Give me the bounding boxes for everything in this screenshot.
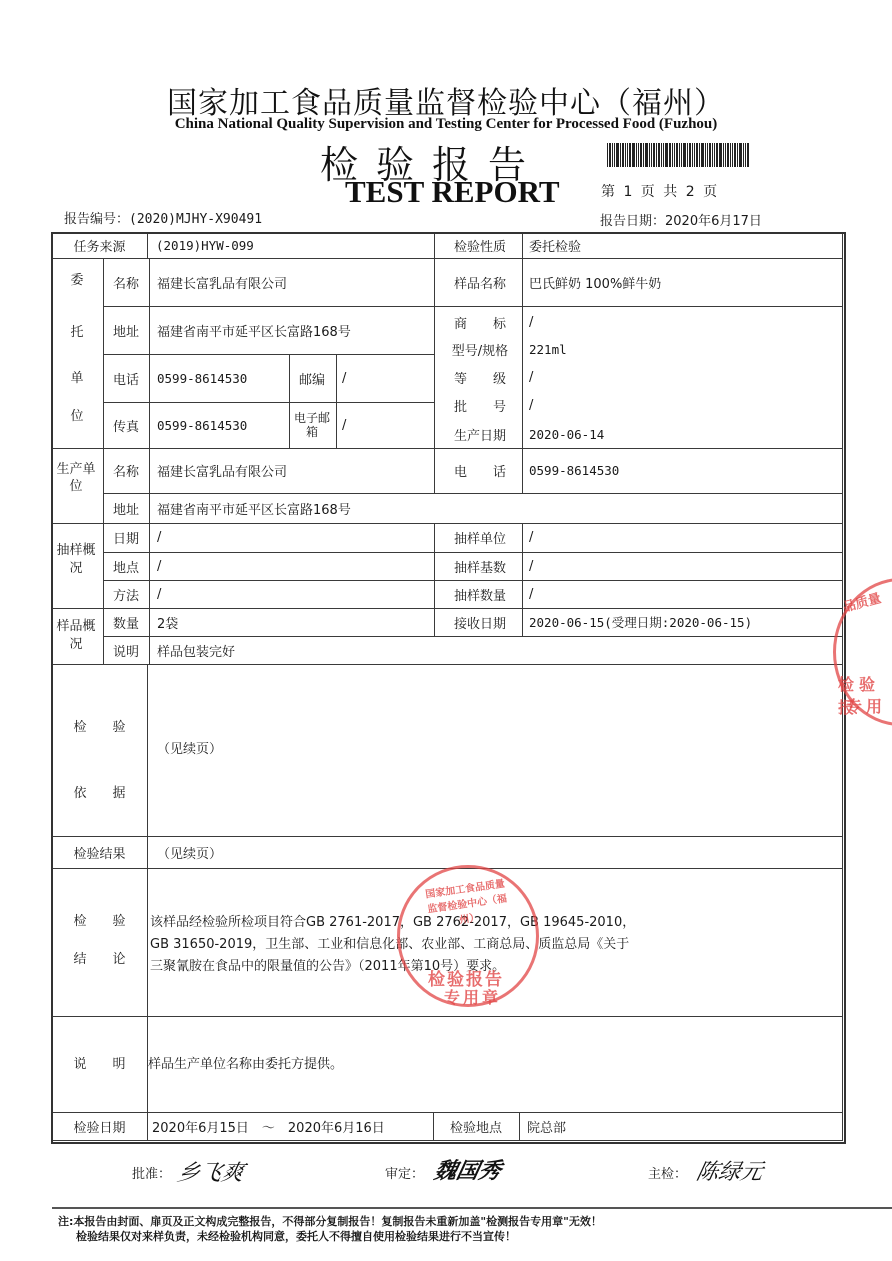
sampling-place-label: 地点 xyxy=(103,552,149,580)
producer-name-label: 名称 xyxy=(103,448,149,493)
test-date-label: 检验日期 xyxy=(52,1112,147,1140)
sampling-unit-label: 抽样单位 xyxy=(439,523,521,552)
sample-overview-group-label: 样品概况 xyxy=(56,614,96,658)
inspection-type-value: 委托检验 xyxy=(529,233,581,258)
basis-label-2: 依 据 xyxy=(52,780,147,802)
client-phone-value: 0599-8614530 xyxy=(157,354,247,402)
batch-value: / xyxy=(529,393,533,417)
producer-address-value: 福建省南平市延平区长富路168号 xyxy=(157,493,351,523)
sample-note-label: 说明 xyxy=(103,636,149,664)
model-label: 型号/规格 xyxy=(439,337,521,361)
sampling-date-value: / xyxy=(157,523,161,552)
receive-date-label: 接收日期 xyxy=(439,608,521,636)
report-number: 报告编号：(2020)MJHY-X90491 xyxy=(64,208,262,227)
basis-value: （见续页） xyxy=(157,735,222,759)
remarks-label: 说 明 xyxy=(52,1050,147,1074)
producer-group-label: 生产单位 xyxy=(54,458,98,498)
basis-label-1: 检 验 xyxy=(52,714,147,736)
approve-signature: 乡飞爽 xyxy=(175,1156,248,1187)
test-date-value: 2020年6月15日 ～ 2020年6月16日 xyxy=(152,1112,385,1140)
client-group-label-2: 托 xyxy=(52,320,102,340)
client-name-value: 福建长富乳品有限公司 xyxy=(157,258,287,306)
client-address-label: 地址 xyxy=(103,306,149,354)
client-email-label: 电子邮箱 xyxy=(293,402,331,448)
producer-phone-value: 0599-8614530 xyxy=(529,448,619,493)
footer-note-2: 检验结果仅对来样负责，未经检验机构同意，委托人不得擅自使用检验结果进行不当宣传！ xyxy=(76,1228,516,1244)
test-place-label: 检验地点 xyxy=(434,1112,518,1140)
sampling-method-label: 方法 xyxy=(103,580,149,608)
chief-signature: 陈绿元 xyxy=(694,1155,767,1186)
client-fax-label: 传真 xyxy=(103,402,149,448)
sampling-base-value: / xyxy=(529,552,533,580)
grade-value: / xyxy=(529,365,533,389)
sample-name-value: 巴氏鲜奶 100%鲜牛奶 xyxy=(529,258,661,306)
sampling-quantity-value: / xyxy=(529,580,533,608)
sampling-date-label: 日期 xyxy=(103,523,149,552)
result-value: （见续页） xyxy=(157,836,222,868)
sampling-method-value: / xyxy=(157,580,161,608)
org-name-en: China National Quality Supervision and T… xyxy=(0,116,892,133)
client-postcode-value: / xyxy=(342,354,346,402)
footer-divider xyxy=(52,1207,892,1209)
footer-note-1: 注:本报告由封面、扉页及正文构成完整报告，不得部分复制报告！复制报告未重新加盖"… xyxy=(58,1213,602,1229)
sampling-quantity-label: 抽样数量 xyxy=(439,580,521,608)
batch-label: 批 号 xyxy=(439,393,521,417)
task-source-value: (2019)HYW-099 xyxy=(156,233,254,258)
sampling-unit-value: / xyxy=(529,523,533,552)
review-signature: 魏国秀 xyxy=(432,1154,505,1185)
report-number-value: (2020)MJHY-X90491 xyxy=(129,212,262,227)
producer-address-label: 地址 xyxy=(103,493,149,523)
receive-date-value: 2020-06-15(受理日期:2020-06-15) xyxy=(529,608,752,636)
report-title-en: TEST REPORT xyxy=(345,174,560,210)
barcode xyxy=(607,143,790,167)
client-email-value: / xyxy=(342,402,346,448)
report-date-value: 2020年6月17日 xyxy=(665,214,762,229)
client-address-value: 福建省南平市延平区长富路168号 xyxy=(157,306,351,354)
client-group-label-3: 单 xyxy=(52,366,102,386)
sampling-group-label: 抽样概况 xyxy=(56,535,96,585)
client-group-label-4: 位 xyxy=(52,404,102,424)
conclusion-line-1: 该样品经检验所检项目符合GB 2761-2017，GB 2762-2017，GB… xyxy=(150,910,635,930)
sampling-base-label: 抽样基数 xyxy=(439,552,521,580)
conclusion-label-2: 结 论 xyxy=(52,946,147,968)
report-date-label: 报告日期： xyxy=(600,214,665,229)
brand-value: / xyxy=(529,310,533,334)
model-value: 221ml xyxy=(529,337,567,361)
sample-note-value: 样品包装完好 xyxy=(157,636,235,664)
task-source-label: 任务来源 xyxy=(52,233,147,258)
client-group-label-1: 委 xyxy=(52,268,102,288)
production-date-label: 生产日期 xyxy=(439,422,521,446)
conclusion-line-2: GB 31650-2019，卫生部、工业和信息化部、农业部、工商总局、质监总局《… xyxy=(150,932,629,952)
seal-edge-line2: 专用 xyxy=(846,694,886,717)
chief-label: 主检： xyxy=(648,1163,687,1182)
conclusion-label-1: 检 验 xyxy=(52,908,147,930)
client-phone-label: 电话 xyxy=(103,354,149,402)
production-date-value: 2020-06-14 xyxy=(529,422,604,446)
brand-label: 商 标 xyxy=(439,310,521,334)
grade-label: 等 级 xyxy=(439,365,521,389)
report-date: 报告日期：2020年6月17日 xyxy=(600,210,762,229)
client-fax-value: 0599-8614530 xyxy=(157,402,247,448)
producer-phone-label: 电 话 xyxy=(439,448,521,493)
client-name-label: 名称 xyxy=(103,258,149,306)
client-postcode-label: 邮编 xyxy=(289,354,335,402)
review-label: 审定： xyxy=(385,1163,424,1182)
result-label: 检验结果 xyxy=(52,836,147,868)
inspection-type-label: 检验性质 xyxy=(439,233,521,258)
test-place-value: 院总部 xyxy=(527,1112,566,1140)
producer-name-value: 福建长富乳品有限公司 xyxy=(157,448,287,493)
sample-name-label: 样品名称 xyxy=(439,258,521,306)
page-info: 第 1 页 共 2 页 xyxy=(601,181,719,201)
approve-label: 批准： xyxy=(132,1163,171,1182)
sample-quantity-value: 2袋 xyxy=(157,608,178,636)
seal-center-line2: 专用章 xyxy=(444,985,501,1008)
report-number-label: 报告编号： xyxy=(64,212,129,227)
sample-quantity-label: 数量 xyxy=(103,608,149,636)
sampling-place-value: / xyxy=(157,552,161,580)
remarks-value: 样品生产单位名称由委托方提供。 xyxy=(148,1050,343,1074)
